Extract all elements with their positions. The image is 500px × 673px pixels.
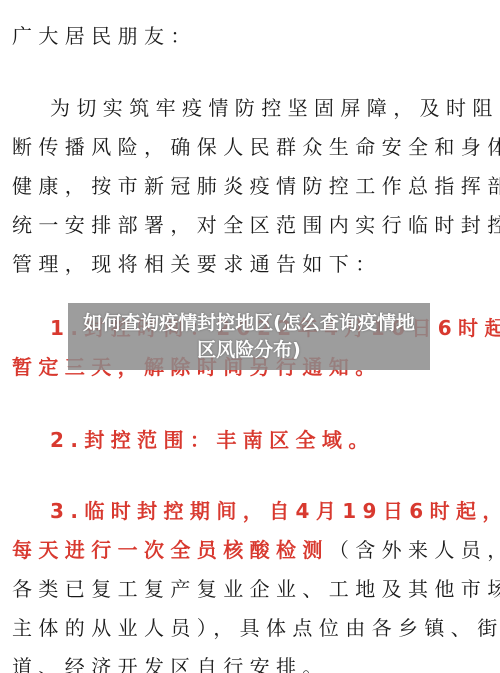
intro-line-4: 统一安排部署，对全区范围内实行临时封控 (12, 209, 500, 238)
title-overlay: 如何查询疫情封控地区(怎么查询疫情地区风险分布) (68, 303, 430, 370)
overlay-title: 如何查询疫情封控地区(怎么查询疫情地区风险分布) (79, 310, 419, 364)
item3-line-2-black: （含外来人员， (329, 538, 500, 562)
intro-line-5: 管理，现将相关要求通告如下： (12, 248, 382, 277)
intro-line-1: 为切实筑牢疫情防控坚固屏障，及时阻 (50, 92, 499, 121)
item3-line-4: 主体的从业人员），具体点位由各乡镇、街 (12, 612, 500, 641)
greeting: 广大居民朋友： (12, 20, 197, 49)
item3-line-2: 每天进行一次全员核酸检测（含外来人员， (12, 534, 500, 563)
intro-line-3: 健康，按市新冠肺炎疫情防控工作总指挥部 (12, 170, 500, 199)
item3-line-2-red: 每天进行一次全员核酸检测 (12, 538, 329, 562)
item3-line-5: 道、经济开发区自行安排。 (12, 651, 329, 673)
item2-line-1: 2.封控范围：丰南区全域。 (50, 424, 375, 453)
intro-line-2: 断传播风险，确保人民群众生命安全和身体 (12, 131, 500, 160)
item3-line-1: 3.临时封控期间，自4月19日6时起， (50, 495, 500, 524)
item3-line-3: 各类已复工复产复业企业、工地及其他市场 (12, 573, 500, 602)
